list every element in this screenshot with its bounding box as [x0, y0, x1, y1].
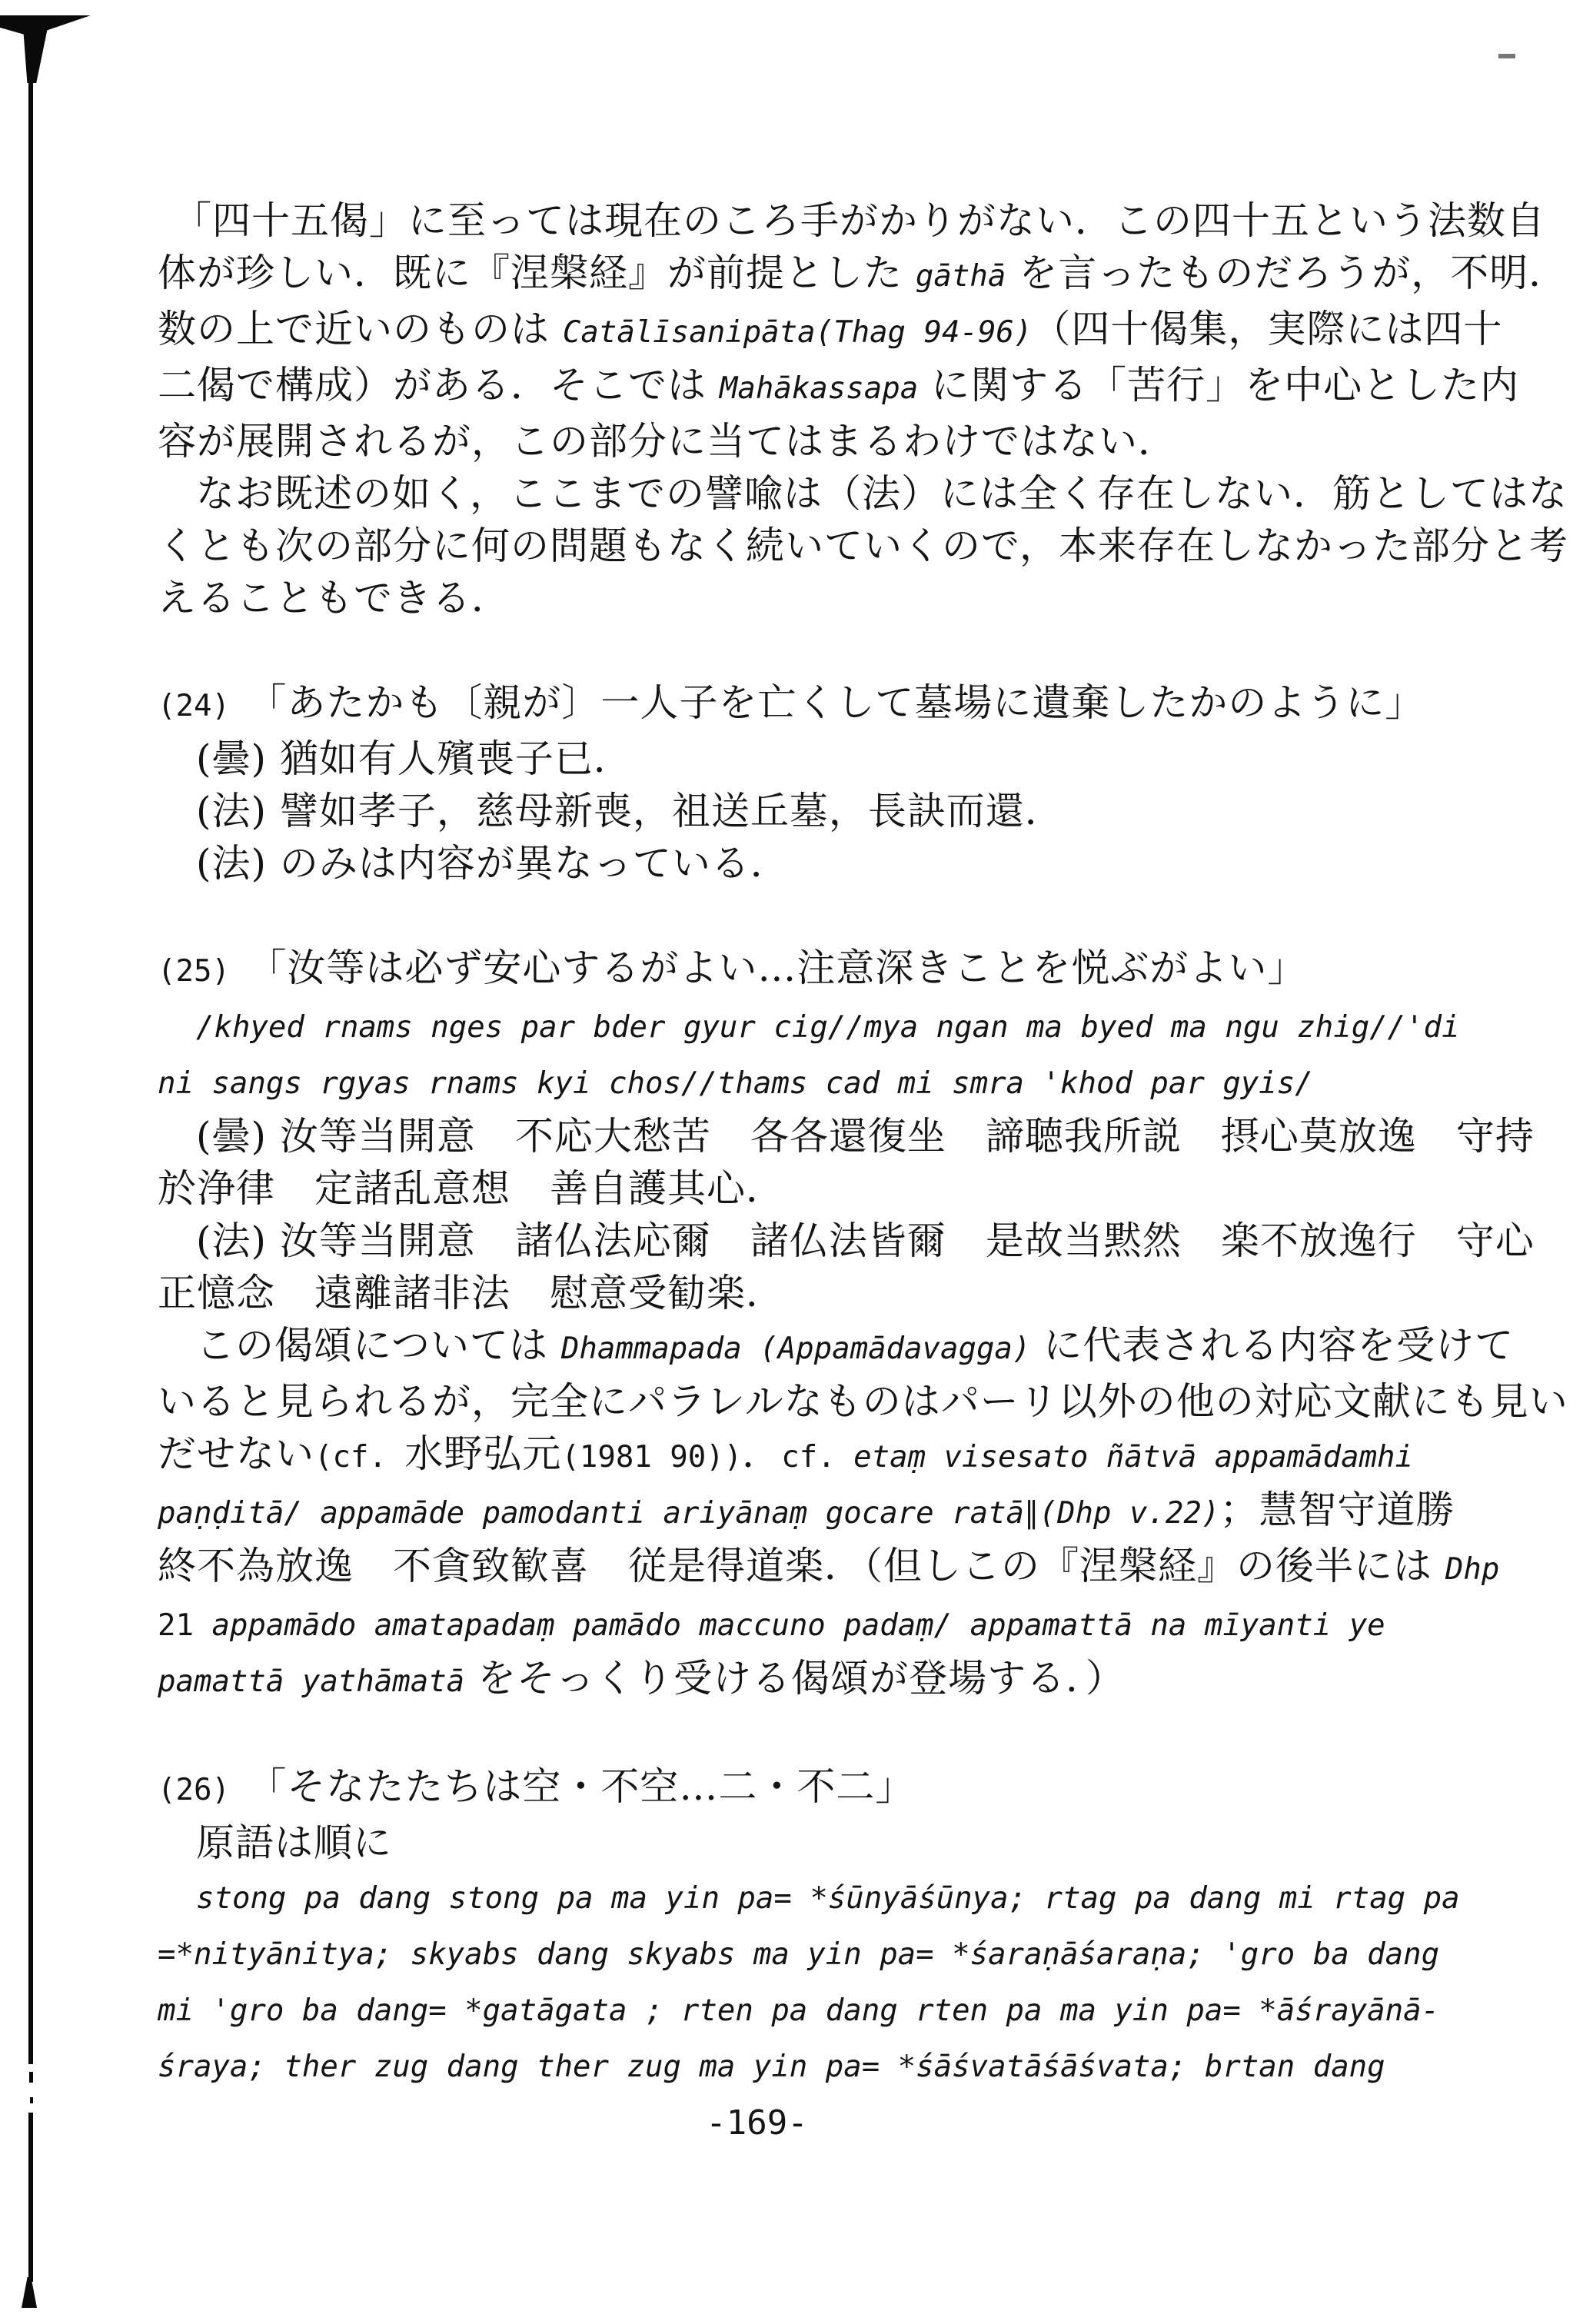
romanized-text: (24) [158, 689, 248, 723]
scan-artifact-left-line-upper [28, 77, 33, 2064]
text-line: 二偈で構成）がある．そこでは Mahākassapa に関する「苦行」を中心とし… [158, 359, 1465, 415]
romanized-text: (1981 90)) [561, 1440, 742, 1475]
japanese-text: 水野弘元 [404, 1431, 561, 1476]
text-line: stong pa dang stong pa ma yin pa= *śūnyā… [158, 1869, 1465, 1925]
text-line: (26) 「そなたたちは空・不空…二・不二」 [158, 1760, 1465, 1817]
text-line: paṇḍitā/ appamāde pamodanti ariyānaṃ goc… [158, 1484, 1465, 1540]
japanese-text: ． [742, 1431, 781, 1476]
scan-artifact-left-line-dash [29, 2072, 33, 2083]
japanese-text: 正憶念 遠離諸非法 慰意受勧楽． [158, 1271, 785, 1315]
japanese-text: 「そなたたちは空・不空…二・不二」 [248, 1764, 914, 1809]
japanese-text: 容が展開されるが，この部分に当てはまるわけではない． [158, 419, 1177, 464]
romanized-text: appamādo amatapadaṃ pamādo maccuno padaṃ… [211, 1608, 1385, 1643]
text-line: 数の上で近いのものは Catālīsanipāta(Thag 94-96)（四十… [158, 303, 1465, 359]
japanese-text: (曇) 汝等当開意 不応大愁苦 各各還復坐 諦聴我所説 摂心莫放逸 守持 [196, 1114, 1535, 1159]
text-line: =*nityānitya; skyabs dang skyabs ma yin … [158, 1925, 1465, 1981]
text-line: えることもできる． [158, 572, 1465, 624]
text-line: この偈頌については Dhammapada (Appamādavagga) に代表… [158, 1319, 1465, 1375]
text-line: 正憶念 遠離諸非法 慰意受勧楽． [158, 1267, 1465, 1319]
japanese-text: に代表される内容を受けて [1030, 1323, 1514, 1368]
japanese-text: えることもできる． [158, 576, 510, 620]
romanized-text: Mahākassapa [720, 371, 918, 406]
text-line: /khyed rnams nges par bder gyur cig//mya… [158, 998, 1465, 1054]
text-line: 「四十五偈」に至っては現在のころ手がかりがない．この四十五という法数自 [158, 194, 1465, 247]
japanese-text: （四十偈集，実際には四十 [1032, 307, 1502, 351]
scan-artifact-top-right-dash [1498, 54, 1515, 58]
text-line: (法) 譬如孝子，慈母新喪，祖送丘墓，長訣而還． [158, 785, 1465, 837]
section-25: (25) 「汝等は必ず安心するがよい…注意深きことを悦ぶがよい」/khyed r… [158, 942, 1465, 1708]
paragraph-45-gatha: 「四十五偈」に至っては現在のころ手がかりがない．この四十五という法数自体が珍しい… [158, 194, 1465, 624]
japanese-text: 終不為放逸 不貪致歓喜 従是得道楽．（但しこの『涅槃経』の後半には [158, 1544, 1445, 1588]
romanized-text: Dhammapada (Appamādavagga) [561, 1332, 1030, 1366]
scanned-document-page: 「四十五偈」に至っては現在のころ手がかりがない．この四十五という法数自体が珍しい… [0, 0, 1583, 2324]
text-line: (25) 「汝等は必ず安心するがよい…注意深きことを悦ぶがよい」 [158, 942, 1465, 998]
text-line: 終不為放逸 不貪致歓喜 従是得道楽．（但しこの『涅槃経』の後半には Dhp [158, 1540, 1465, 1596]
japanese-text: (法) 汝等当開意 諸仏法応爾 諸仏法皆爾 是故当黙然 楽不放逸行 守心 [196, 1219, 1535, 1263]
romanized-text: stong pa dang stong pa ma yin pa= *śūnyā… [196, 1881, 1460, 1916]
text-line: くとも次の部分に何の問題もなく続いていくので，本来存在しなかった部分と考 [158, 520, 1465, 572]
romanized-text: cf. [781, 1440, 853, 1475]
romanized-text: etaṃ visesato ñātvā appamādamhi [853, 1440, 1413, 1475]
romanized-text: Catālīsanipāta(Thag 94-96) [563, 315, 1032, 350]
romanized-text: mi 'gro ba dang= *gatāgata ; rten pa dan… [158, 1993, 1439, 2028]
romanized-text: /khyed rnams nges par bder gyur cig//mya… [196, 1010, 1460, 1045]
scan-artifact-top-left-wedge [0, 15, 91, 83]
japanese-text: 「あたかも〔親が〕一人子を亡くして墓場に遺棄したかのように」 [248, 680, 1424, 725]
text-line: śraya; ther zug dang ther zug ma yin pa=… [158, 2037, 1465, 2093]
text-line: (法) のみは内容が異なっている． [158, 837, 1465, 889]
text-line: だせない(cf. 水野弘元(1981 90))．cf. etaṃ visesat… [158, 1428, 1465, 1484]
japanese-text: (曇) 猶如有人殯喪子已． [196, 736, 633, 781]
japanese-text: なお既述の如く，ここまでの譬喩は（法）には全く存在しない．筋としてはな [196, 471, 1568, 516]
section-24: (24) 「あたかも〔親が〕一人子を亡くして墓場に遺棄したかのように」(曇) 猶… [158, 677, 1465, 889]
japanese-text: 「汝等は必ず安心するがよい…注意深きことを悦ぶがよい」 [248, 946, 1306, 990]
japanese-text: (法) のみは内容が異なっている． [196, 841, 790, 886]
romanized-text: Dhp [1445, 1552, 1499, 1587]
japanese-text: この偈頌については [196, 1323, 561, 1368]
japanese-text: をそっくり受ける偈頌が登場する．） [464, 1656, 1125, 1701]
text-line: いると見られるが，完全にパラレルなものはパーリ以外の他の対応文献にも見い [158, 1375, 1465, 1428]
romanized-text: śraya; ther zug dang ther zug ma yin pa=… [158, 2050, 1385, 2084]
page-number: -169- [0, 2097, 1548, 2149]
text-line: 容が展開されるが，この部分に当てはまるわけではない． [158, 415, 1465, 467]
text-line: 21 appamādo amatapadaṃ pamādo maccuno pa… [158, 1596, 1465, 1652]
japanese-text: 原語は順に [196, 1820, 392, 1865]
text-line: mi 'gro ba dang= *gatāgata ; rten pa dan… [158, 1981, 1465, 2037]
text-line: なお既述の如く，ここまでの譬喩は（法）には全く存在しない．筋としてはな [158, 467, 1465, 520]
text-column: 「四十五偈」に至っては現在のころ手がかりがない．この四十五という法数自体が珍しい… [158, 194, 1465, 2093]
text-line: 於浄律 定諸乱意想 善自護其心． [158, 1162, 1465, 1215]
romanized-text: (26) [158, 1773, 248, 1807]
japanese-text: いると見られるが，完全にパラレルなものはパーリ以外の他の対応文献にも見い [158, 1379, 1568, 1424]
scan-artifact-bottom-left-wedge [22, 2277, 37, 2308]
japanese-text: に関する「苦行」を中心とした内 [918, 363, 1519, 407]
romanized-text: gāthā [916, 259, 1006, 294]
japanese-text: 二偈で構成）がある．そこでは [158, 363, 720, 407]
text-line: (曇) 汝等当開意 不応大愁苦 各各還復坐 諦聴我所説 摂心莫放逸 守持 [158, 1110, 1465, 1162]
text-line: pamattā yathāmatā をそっくり受ける偈頌が登場する．） [158, 1652, 1465, 1708]
text-line: (曇) 猶如有人殯喪子已． [158, 733, 1465, 785]
romanized-text: pamattā yathāmatā [158, 1664, 464, 1699]
romanized-text: =*nityānitya; skyabs dang skyabs ma yin … [158, 1937, 1439, 1972]
romanized-text: (25) [158, 954, 248, 989]
japanese-text: (法) 譬如孝子，慈母新喪，祖送丘墓，長訣而還． [196, 789, 1064, 833]
text-line: (24) 「あたかも〔親が〕一人子を亡くして墓場に遺棄したかのように」 [158, 677, 1465, 733]
japanese-text: 「四十五偈」に至っては現在のころ手がかりがない．この四十五という法数自 [173, 198, 1545, 243]
japanese-text: 数の上で近いのものは [158, 307, 563, 351]
romanized-text: ni sangs rgyas rnams kyi chos//thams cad… [158, 1066, 1313, 1101]
romanized-text: (cf. [314, 1440, 404, 1475]
text-line: (法) 汝等当開意 諸仏法応爾 諸仏法皆爾 是故当黙然 楽不放逸行 守心 [158, 1215, 1465, 1267]
romanized-text: 21 [158, 1608, 211, 1643]
japanese-text: 体が珍しい．既に『涅槃経』が前提とした [158, 251, 916, 295]
romanized-text: paṇḍitā/ appamāde pamodanti ariyānaṃ goc… [158, 1496, 1219, 1531]
text-line: 体が珍しい．既に『涅槃経』が前提とした gāthā を言ったものだろうが，不明． [158, 247, 1465, 303]
text-line: 原語は順に [158, 1817, 1465, 1869]
japanese-text: 於浄律 定諸乱意想 善自護其心． [158, 1166, 785, 1211]
japanese-text: を言ったものだろうが，不明． [1006, 251, 1568, 295]
text-line: ni sangs rgyas rnams kyi chos//thams cad… [158, 1054, 1465, 1110]
section-26: (26) 「そなたたちは空・不空…二・不二」原語は順にstong pa dang… [158, 1760, 1465, 2093]
japanese-text: くとも次の部分に何の問題もなく続いていくので，本来存在しなかった部分と考 [158, 524, 1568, 568]
japanese-text: ；慧智守道勝 [1219, 1488, 1455, 1532]
japanese-text: だせない [158, 1431, 314, 1476]
